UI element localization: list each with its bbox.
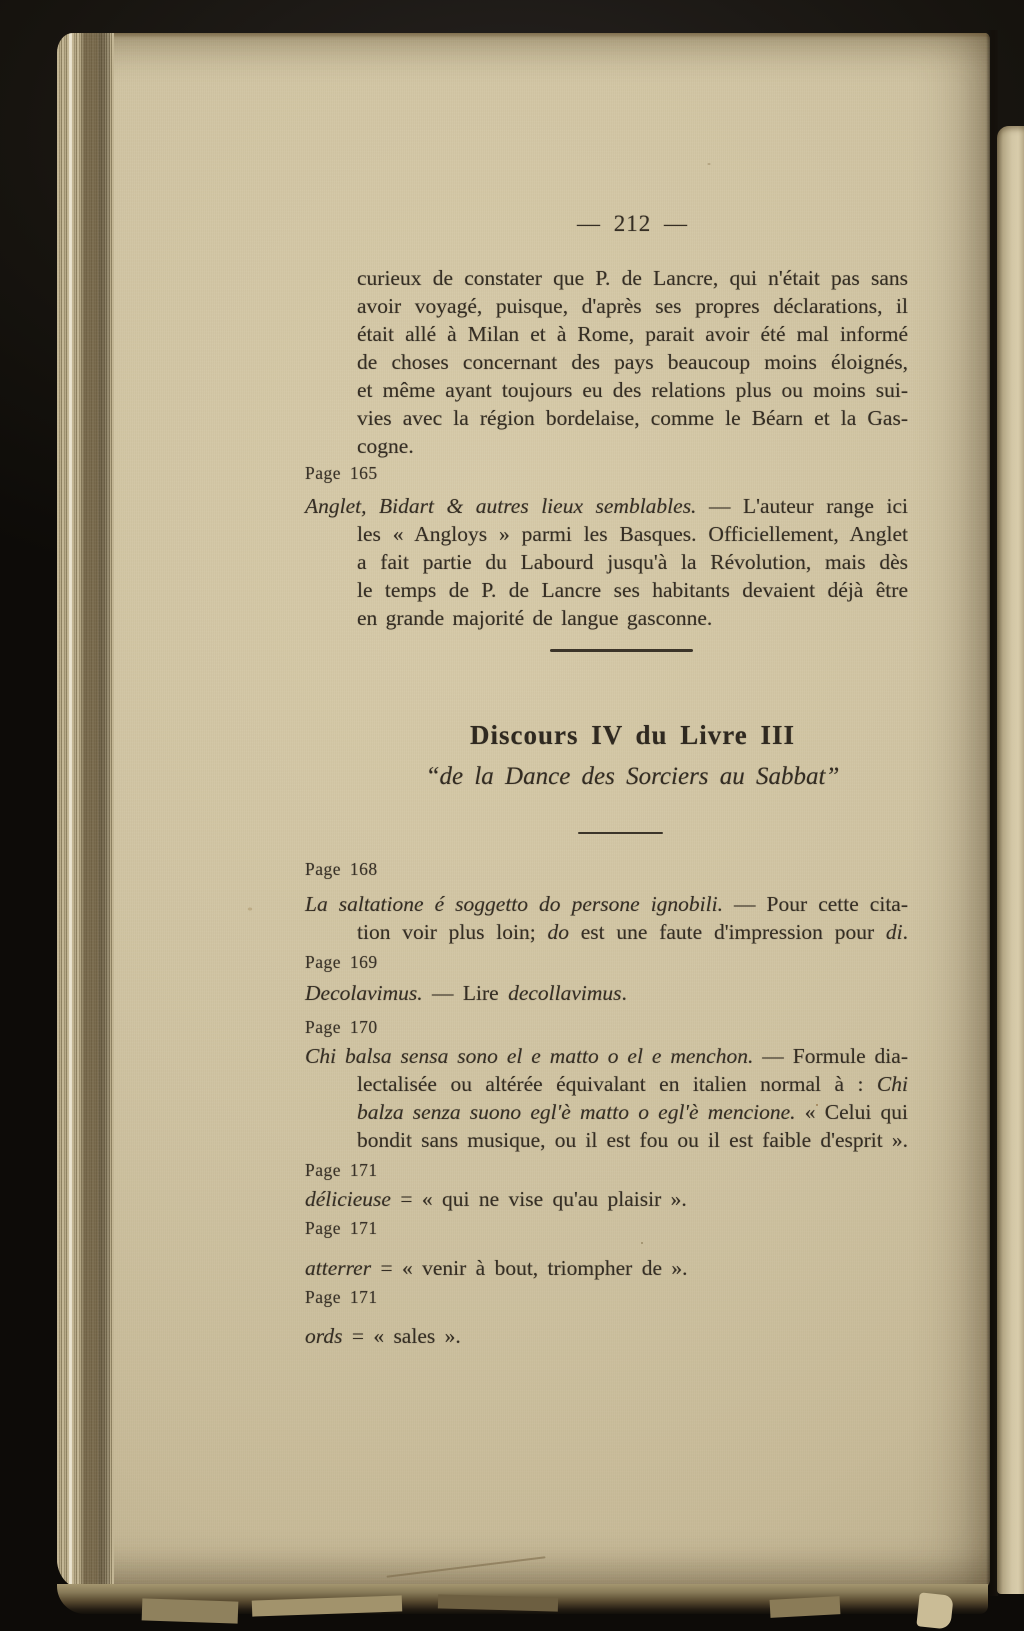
text-line: en grande majorité de langue gasconne. — [357, 604, 908, 632]
intro-paragraph: curieux de constater que P. de Lancre, q… — [357, 264, 908, 460]
torn-paper-fragment — [916, 1592, 953, 1629]
comment-text: — L'auteur range ici — [696, 494, 908, 518]
section-divider-rule — [578, 832, 663, 834]
text-line: lectalisée ou altérée équivalant en ital… — [357, 1070, 908, 1098]
facing-page-edge — [997, 126, 1024, 1594]
text-line: balza senza suono egl'è matto o egl'è me… — [357, 1098, 908, 1126]
page-ref-label: Page 171 — [305, 1160, 378, 1180]
annotation-note-165: Anglet, Bidart & autres lieux semblables… — [357, 492, 908, 632]
text-line: Anglet, Bidart & autres lieux semblables… — [305, 492, 908, 520]
page-number: — 212 — — [357, 211, 908, 237]
comment-text: — Formule dia- — [753, 1044, 908, 1068]
annotation-note-168: La saltatione é soggetto do persone igno… — [357, 890, 908, 946]
comment-text: = « qui ne vise qu'au plaisir ». — [391, 1187, 687, 1211]
annotation-note-170: Chi balsa sensa sono el e matto o el e m… — [357, 1042, 908, 1154]
text-line: le temps de P. de Lancre ses habitants d… — [357, 576, 908, 604]
lemma-italic: Decolavimus. — [305, 981, 423, 1005]
comment-text: = « venir à bout, triompher de ». — [371, 1256, 687, 1280]
comment-text: . — [903, 920, 908, 944]
lemma-italic: di — [886, 920, 903, 944]
text-line: curieux de constater que P. de Lancre, q… — [357, 264, 908, 292]
page-ref-label: Page 169 — [305, 952, 378, 972]
text-line: cogne. — [357, 432, 908, 460]
comment-text: « Celui qui — [796, 1100, 908, 1124]
text-line: les « Angloys » parmi les Basques. Offic… — [357, 520, 908, 548]
lemma-italic: ords — [305, 1324, 342, 1348]
lemma-italic: atterrer — [305, 1256, 371, 1280]
lemma-italic: decollavimus — [508, 981, 621, 1005]
text-line: avoir voyagé, puisque, d'après ses propr… — [357, 292, 908, 320]
lemma-italic: La saltatione é soggetto do persone igno… — [305, 892, 723, 916]
comment-text: . — [622, 981, 627, 1005]
comment-text: = « sales ». — [342, 1324, 460, 1348]
comment-text: tion voir plus loin; — [357, 920, 547, 944]
comment-text: — Lire — [423, 981, 508, 1005]
text-line: et même ayant toujours eu des relations … — [357, 376, 908, 404]
book-scan-photo: — 212 — curieux de constater que P. de L… — [0, 0, 1024, 1631]
text-line: de choses concernant des pays beaucoup m… — [357, 348, 908, 376]
annotation-note-171a: délicieuse = « qui ne vise qu'au plaisir… — [305, 1185, 915, 1213]
comment-text: lectalisée ou altérée équivalant en ital… — [357, 1072, 877, 1096]
text-line: La saltatione é soggetto do persone igno… — [305, 890, 908, 918]
text-line: vies avec la région bordelaise, comme le… — [357, 404, 908, 432]
annotation-note-171b: atterrer = « venir à bout, triompher de … — [305, 1254, 915, 1282]
page-ref-label: Page 171 — [305, 1218, 378, 1238]
torn-paper-fragment — [142, 1598, 239, 1623]
page-ref-label: Page 171 — [305, 1287, 378, 1307]
torn-paper-fragment — [770, 1596, 841, 1618]
page-ref-label: Page 170 — [305, 1017, 378, 1037]
text-line: tion voir plus loin; do est une faute d'… — [357, 918, 908, 946]
page-edge-stack — [57, 33, 114, 1589]
lemma-italic: do — [547, 920, 569, 944]
section-divider-rule — [550, 649, 693, 652]
lemma-italic: balza senza suono egl'è matto o egl'è me… — [357, 1100, 796, 1124]
annotation-note-171c: ords = « sales ». — [305, 1322, 915, 1350]
text-line: était allé à Milan et à Rome, parait avo… — [357, 320, 908, 348]
comment-text: — Pour cette cita- — [723, 892, 908, 916]
lemma-italic: Anglet, Bidart & autres lieux semblables… — [305, 494, 696, 518]
text-line: Chi balsa sensa sono el e matto o el e m… — [305, 1042, 908, 1070]
text-line: bondit sans musique, ou il est fou ou il… — [357, 1126, 908, 1154]
lemma-italic: Chi balsa sensa sono el e matto o el e m… — [305, 1044, 753, 1068]
section-title: Discours IV du Livre III — [357, 719, 908, 751]
comment-text: est une faute d'impression pour — [569, 920, 886, 944]
page-ref-label: Page 165 — [305, 463, 378, 483]
text-line: a fait partie du Labourd jusqu'à la Révo… — [357, 548, 908, 576]
lemma-italic: Chi — [877, 1072, 908, 1096]
page-ref-label: Page 168 — [305, 859, 378, 879]
section-subtitle: “de la Dance des Sorciers au Sabbat” — [357, 762, 908, 792]
annotation-note-169: Decolavimus. — Lire decollavimus. — [305, 979, 915, 1007]
lemma-italic: délicieuse — [305, 1187, 391, 1211]
